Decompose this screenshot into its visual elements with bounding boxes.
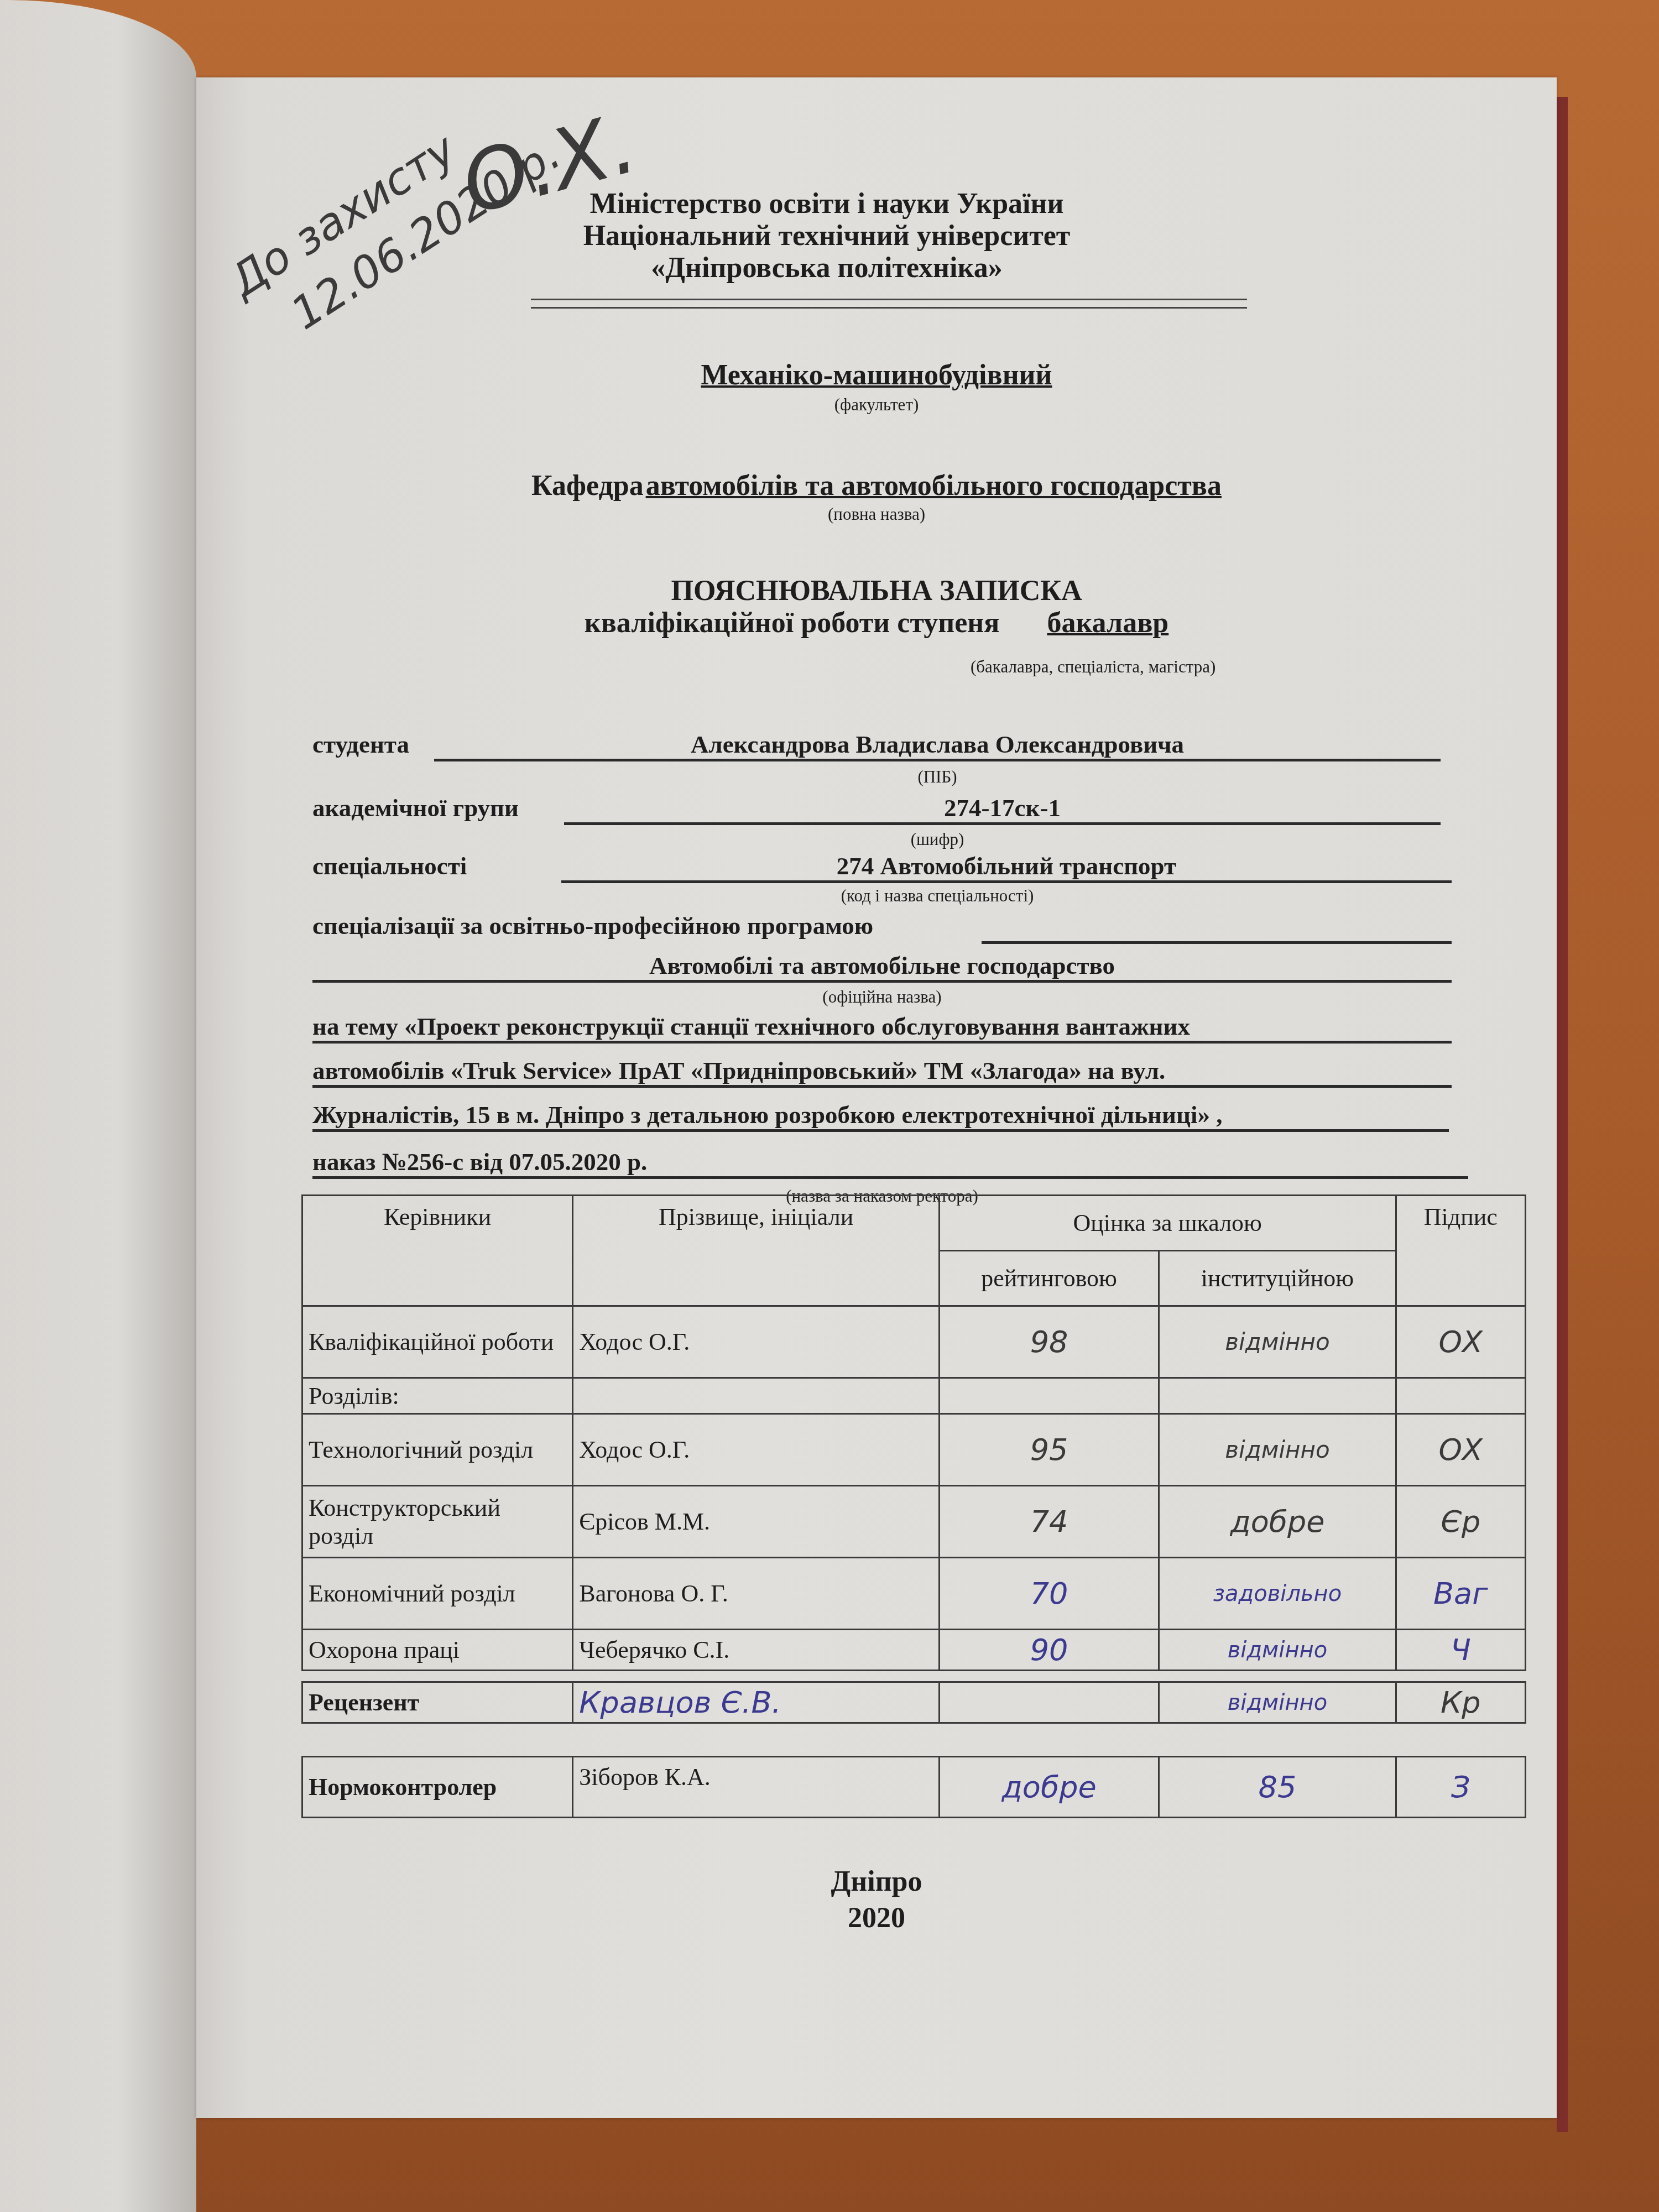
university-name: Національний технічний університет bbox=[506, 220, 1147, 252]
table-row: Нормоконтролер Зіборов К.А. добре 85 З bbox=[302, 1757, 1526, 1818]
footer-year: 2020 bbox=[196, 1900, 1557, 1937]
left-page bbox=[0, 0, 196, 2212]
specialization-caption: (офіційна назва) bbox=[312, 987, 1452, 1007]
document-title: ПОЯСНЮВАЛЬНА ЗАПИСКА bbox=[196, 575, 1557, 607]
group-caption: (шифр) bbox=[434, 830, 1441, 849]
row-signature: ОХ bbox=[1396, 1414, 1525, 1486]
row-name bbox=[573, 1378, 940, 1414]
topic-line-3: Журналістів, 15 в м. Дніпро з детальною … bbox=[312, 1100, 1449, 1132]
table-row: Охорона праці Чеберячко С.І. 90 відмінно… bbox=[302, 1630, 1526, 1671]
normcontrol-role: Нормоконтролер bbox=[302, 1757, 573, 1818]
row-role: Економічний розділ bbox=[302, 1558, 573, 1630]
table-row: Кваліфікаційної роботи Ходос О.Г. 98 від… bbox=[302, 1306, 1526, 1378]
department-block: Кафедра автомобілів та автомобільного го… bbox=[196, 470, 1557, 524]
specialty-caption: (код і назва спеціальності) bbox=[434, 886, 1441, 906]
table-row: Рецензент Кравцов Є.В. відмінно Кр bbox=[302, 1682, 1526, 1723]
normcontrol-institutional: 85 bbox=[1159, 1757, 1396, 1818]
row-role: Конструкторський розділ bbox=[302, 1486, 573, 1558]
row-signature: Єр bbox=[1396, 1486, 1525, 1558]
reviewer-rating bbox=[939, 1682, 1159, 1723]
row-signature bbox=[1396, 1378, 1525, 1414]
specialization-label: спеціалізації за освітньо-професійною пр… bbox=[312, 911, 873, 940]
degree-caption: (бакалавра, спеціаліста, магістра) bbox=[971, 657, 1215, 677]
normcontrol-name: Зіборов К.А. bbox=[573, 1757, 940, 1818]
group-value: 274-17ск-1 bbox=[564, 794, 1441, 825]
header-score: Оцінка за шкалою bbox=[939, 1196, 1396, 1251]
university-brand: «Дніпровська політехніка» bbox=[506, 252, 1147, 284]
row-name: Ходос О.Г. bbox=[573, 1414, 940, 1486]
header-signature: Підпис bbox=[1396, 1196, 1525, 1306]
department-label: Кафедра bbox=[531, 470, 644, 502]
row-name: Чеберячко С.І. bbox=[573, 1630, 940, 1671]
header-institutional: інституційною bbox=[1159, 1251, 1396, 1306]
row-role: Технологічний розділ bbox=[302, 1414, 573, 1486]
grades-table: Керівники Прізвище, ініціали Оцінка за ш… bbox=[301, 1194, 1526, 1671]
header-name: Прізвище, ініціали bbox=[573, 1196, 940, 1306]
row-rating: 74 bbox=[939, 1486, 1159, 1558]
faculty-value: Механіко-машинобудівний bbox=[701, 359, 1052, 391]
reviewer-role: Рецензент bbox=[302, 1682, 573, 1723]
topic-line-2: автомобілів «Truk Service» ПрАТ «Придніп… bbox=[312, 1056, 1452, 1088]
student-caption: (ПІБ) bbox=[434, 767, 1441, 787]
table-row: Економічний розділ Вагонова О. Г. 70 зад… bbox=[302, 1558, 1526, 1630]
normcontrol-rating: добре bbox=[939, 1757, 1159, 1818]
row-role: Розділів: bbox=[302, 1378, 573, 1414]
row-role: Кваліфікаційної роботи bbox=[302, 1306, 573, 1378]
degree-label: кваліфікаційної роботи ступеня bbox=[585, 607, 1000, 639]
group-label: академічної групи bbox=[312, 794, 519, 822]
row-institutional: відмінно bbox=[1159, 1630, 1396, 1671]
title-page: До захисту 12.06.2020 р. О.Х. Міністерст… bbox=[196, 77, 1557, 2118]
specialty-value: 274 Автомобільний транспорт bbox=[561, 852, 1452, 883]
row-institutional bbox=[1159, 1378, 1396, 1414]
row-institutional: добре bbox=[1159, 1486, 1396, 1558]
table-row: Розділів: bbox=[302, 1378, 1526, 1414]
normcontrol-table: Нормоконтролер Зіборов К.А. добре 85 З bbox=[301, 1756, 1526, 1818]
ministry-name: Міністерство освіти і науки України bbox=[506, 188, 1147, 220]
degree-value: бакалавр bbox=[1047, 607, 1168, 639]
reviewer-signature: Кр bbox=[1396, 1682, 1525, 1723]
document-subtitle: кваліфікаційної роботи ступеня бакалавр bbox=[196, 607, 1557, 639]
row-role: Охорона праці bbox=[302, 1630, 573, 1671]
row-signature: Ваг bbox=[1396, 1558, 1525, 1630]
student-label: студента bbox=[312, 730, 409, 759]
header-double-rule bbox=[531, 299, 1247, 309]
row-institutional: задовільно bbox=[1159, 1558, 1396, 1630]
row-rating: 98 bbox=[939, 1306, 1159, 1378]
row-signature: Ч bbox=[1396, 1630, 1525, 1671]
topic-line-1: на тему «Проект реконструкції станції те… bbox=[312, 1012, 1452, 1044]
reviewer-table: Рецензент Кравцов Є.В. відмінно Кр bbox=[301, 1681, 1526, 1724]
specialty-label: спеціальності bbox=[312, 852, 467, 880]
row-rating: 70 bbox=[939, 1558, 1159, 1630]
reviewer-institutional: відмінно bbox=[1159, 1682, 1396, 1723]
row-rating bbox=[939, 1378, 1159, 1414]
footer: Дніпро 2020 bbox=[196, 1864, 1557, 1937]
faculty-block: Механіко-машинобудівний (факультет) bbox=[196, 359, 1557, 415]
table-row: Конструкторський розділ Єрісов М.М. 74 д… bbox=[302, 1486, 1526, 1558]
topic-line-4: наказ №256-с від 07.05.2020 р. bbox=[312, 1147, 1468, 1179]
student-value: Александрова Владислава Олександровича bbox=[434, 730, 1441, 761]
specialization-line bbox=[982, 912, 1452, 944]
header-rating: рейтинговою bbox=[939, 1251, 1159, 1306]
department-value: автомобілів та автомобільного господарст… bbox=[646, 470, 1222, 502]
row-name: Ходос О.Г. bbox=[573, 1306, 940, 1378]
department-caption: (повна назва) bbox=[196, 504, 1557, 524]
title-block: ПОЯСНЮВАЛЬНА ЗАПИСКА кваліфікаційної роб… bbox=[196, 575, 1557, 639]
reviewer-name: Кравцов Є.В. bbox=[573, 1682, 940, 1723]
footer-city: Дніпро bbox=[196, 1864, 1557, 1900]
ministry-header: Міністерство освіти і науки України Наці… bbox=[506, 188, 1147, 284]
row-name: Єрісов М.М. bbox=[573, 1486, 940, 1558]
row-institutional: відмінно bbox=[1159, 1414, 1396, 1486]
row-rating: 90 bbox=[939, 1630, 1159, 1671]
faculty-caption: (факультет) bbox=[196, 395, 1557, 415]
header-role: Керівники bbox=[302, 1196, 573, 1306]
row-name: Вагонова О. Г. bbox=[573, 1558, 940, 1630]
specialization-value: Автомобілі та автомобільне господарство bbox=[312, 951, 1452, 983]
normcontrol-signature: З bbox=[1396, 1757, 1525, 1818]
book-cover-edge bbox=[1557, 97, 1568, 2132]
row-signature: ОХ bbox=[1396, 1306, 1525, 1378]
row-rating: 95 bbox=[939, 1414, 1159, 1486]
row-institutional: відмінно bbox=[1159, 1306, 1396, 1378]
table-row: Технологічний розділ Ходос О.Г. 95 відмі… bbox=[302, 1414, 1526, 1486]
